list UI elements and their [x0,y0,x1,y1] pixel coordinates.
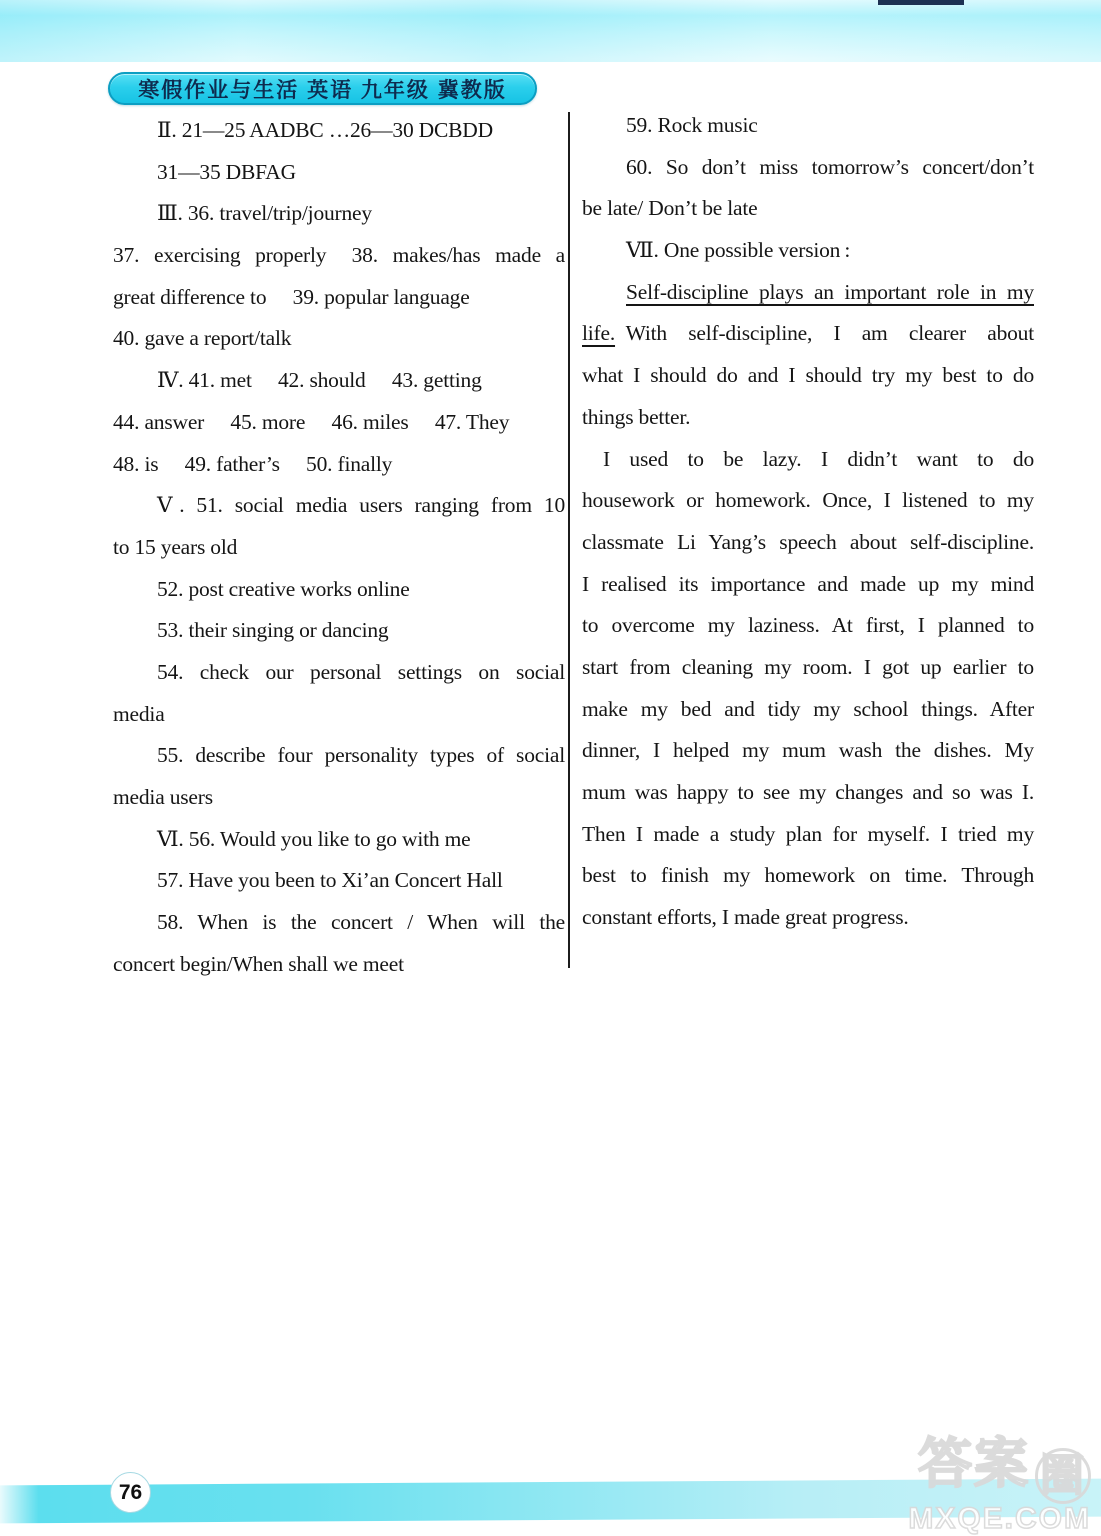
text-run: concert begin/When shall we meet [113,952,404,976]
watermark-circled-char: 圈 [1040,1447,1086,1505]
text-line: life. With self-discipline, I am clearer… [582,313,1034,355]
text-line: Ⅴ. 51. social media users ranging from 1… [113,485,565,527]
text-run: be late/ Don’t be late [582,196,758,220]
header-badge-label: 寒假作业与生活 英语 九年级 冀教版 [138,74,507,104]
text-line: constant efforts, I made great progress. [582,897,1034,939]
text-line: 53. their singing or dancing [113,610,565,652]
text-run: Ⅴ. 51. social media users ranging from 1… [157,493,565,517]
text-line: I used to be lazy. I didn’t want to do [582,439,1034,481]
text-run: 53. their singing or dancing [157,618,388,642]
text-run: Ⅵ. 56. Would you like to go with me [157,827,471,851]
text-line: Then I made a study plan for myself. I t… [582,814,1034,856]
text-run: to 15 years old [113,535,237,559]
text-run: I used to be lazy. I didn’t want to do [603,447,1034,471]
text-run: I realised its importance and made up my… [582,572,1034,596]
text-line: to 15 years old [113,527,565,569]
text-run: 54. check our personal settings on socia… [157,660,565,684]
watermark: 答案圈 MXQE.COM [908,1435,1091,1536]
text-line: media [113,694,565,736]
text-run: 52. post creative works online [157,577,410,601]
text-line: Ⅵ. 56. Would you like to go with me [113,819,565,861]
text-line: dinner, I helped my mum wash the dishes.… [582,730,1034,772]
text-run: housework or homework. Once, I listened … [582,488,1034,512]
page-number-badge: 76 [110,1472,151,1513]
text-run: 48. is 49. father’s 50. finally [113,452,392,476]
header-badge: 寒假作业与生活 英语 九年级 冀教版 [108,72,537,105]
text-run: Then I made a study plan for myself. I t… [582,822,1034,846]
text-line: 60. So don’t miss tomorrow’s concert/don… [582,147,1034,189]
watermark-brand-char-circled: 圈 [1035,1448,1091,1504]
text-run: 58. When is the concert / When will the [157,910,565,934]
text-run: things better. [582,405,690,429]
underlined-text: Self-discipline plays an important role … [626,280,1034,304]
text-run: media users [113,785,213,809]
watermark-site: MXQE.COM [908,1502,1091,1536]
watermark-brand: 答案圈 [908,1435,1091,1504]
text-run: Ⅱ. 21—25 AADBC …26—30 DCBDD [157,118,493,142]
text-run: 57. Have you been to Xi’an Concert Hall [157,868,503,892]
text-line: concert begin/When shall we meet [113,944,565,986]
text-line: 58. When is the concert / When will the [113,902,565,944]
text-run: start from cleaning my room. I got up ea… [582,655,1034,679]
text-run: 60. So don’t miss tomorrow’s concert/don… [626,155,1034,179]
text-run: 40. gave a report/talk [113,326,291,350]
text-line: 52. post creative works online [113,569,565,611]
text-line: to overcome my laziness. At first, I pla… [582,605,1034,647]
text-line: Ⅳ. 41. met 42. should 43. getting [113,360,565,402]
text-run: best to finish my homework on time. Thro… [582,863,1034,887]
text-run: media [113,702,165,726]
text-line: 37. exercising properly 38. makes/has ma… [113,235,565,277]
text-line: 57. Have you been to Xi’an Concert Hall [113,860,565,902]
text-run: make my bed and tidy my school things. A… [582,697,1034,721]
text-run: mum was happy to see my changes and so w… [582,780,1034,804]
text-line: mum was happy to see my changes and so w… [582,772,1034,814]
text-run: great difference to 39. popular language [113,285,470,309]
text-line: I realised its importance and made up my… [582,564,1034,606]
text-run: Ⅲ. 36. travel/trip/journey [157,201,372,225]
underlined-text: life. [582,321,615,345]
text-line: best to finish my homework on time. Thro… [582,855,1034,897]
watermark-brand-text: 答案 [918,1434,1030,1494]
text-line: 59. Rock music [582,105,1034,147]
text-line: media users [113,777,565,819]
text-run: 44. answer 45. more 46. miles 47. They [113,410,509,434]
scan-artifact-strip [878,0,964,5]
text-run: classmate Li Yang’s speech about self-di… [582,530,1034,554]
text-line: great difference to 39. popular language [113,277,565,319]
text-line: Self-discipline plays an important role … [582,272,1034,314]
text-line: 55. describe four personality types of s… [113,735,565,777]
text-run: to overcome my laziness. At first, I pla… [582,613,1034,637]
text-line: make my bed and tidy my school things. A… [582,689,1034,731]
text-run: With self-discipline, I am clearer about [615,321,1034,345]
text-line: be late/ Don’t be late [582,188,1034,230]
top-gradient-band [0,0,1101,62]
page-number: 76 [119,1481,142,1505]
text-run: 31—35 DBFAG [157,160,296,184]
text-line: Ⅱ. 21—25 AADBC …26—30 DCBDD [113,110,565,152]
text-line: classmate Li Yang’s speech about self-di… [582,522,1034,564]
text-line: housework or homework. Once, I listened … [582,480,1034,522]
text-line: 40. gave a report/talk [113,318,565,360]
text-run: 59. Rock music [626,113,758,137]
text-line: what I should do and I should try my bes… [582,355,1034,397]
text-line: Ⅶ. One possible version : [582,230,1034,272]
text-run: dinner, I helped my mum wash the dishes.… [582,738,1034,762]
answers-right-column: 59. Rock music60. So don’t miss tomorrow… [582,105,1034,939]
text-run: constant efforts, I made great progress. [582,905,909,929]
text-run: 37. exercising properly 38. makes/has ma… [113,243,565,267]
text-line: Ⅲ. 36. travel/trip/journey [113,193,565,235]
text-line: things better. [582,397,1034,439]
text-line: 31—35 DBFAG [113,152,565,194]
text-line: start from cleaning my room. I got up ea… [582,647,1034,689]
text-line: 54. check our personal settings on socia… [113,652,565,694]
text-line: 48. is 49. father’s 50. finally [113,444,565,486]
text-run: Ⅶ. One possible version : [626,238,850,262]
column-divider [568,112,570,968]
text-run: what I should do and I should try my bes… [582,363,1034,387]
answers-left-column: Ⅱ. 21—25 AADBC …26—30 DCBDD31—35 DBFAGⅢ.… [113,110,565,985]
text-run: 55. describe four personality types of s… [157,743,565,767]
text-run: Ⅳ. 41. met 42. should 43. getting [157,368,482,392]
text-line: 44. answer 45. more 46. miles 47. They [113,402,565,444]
